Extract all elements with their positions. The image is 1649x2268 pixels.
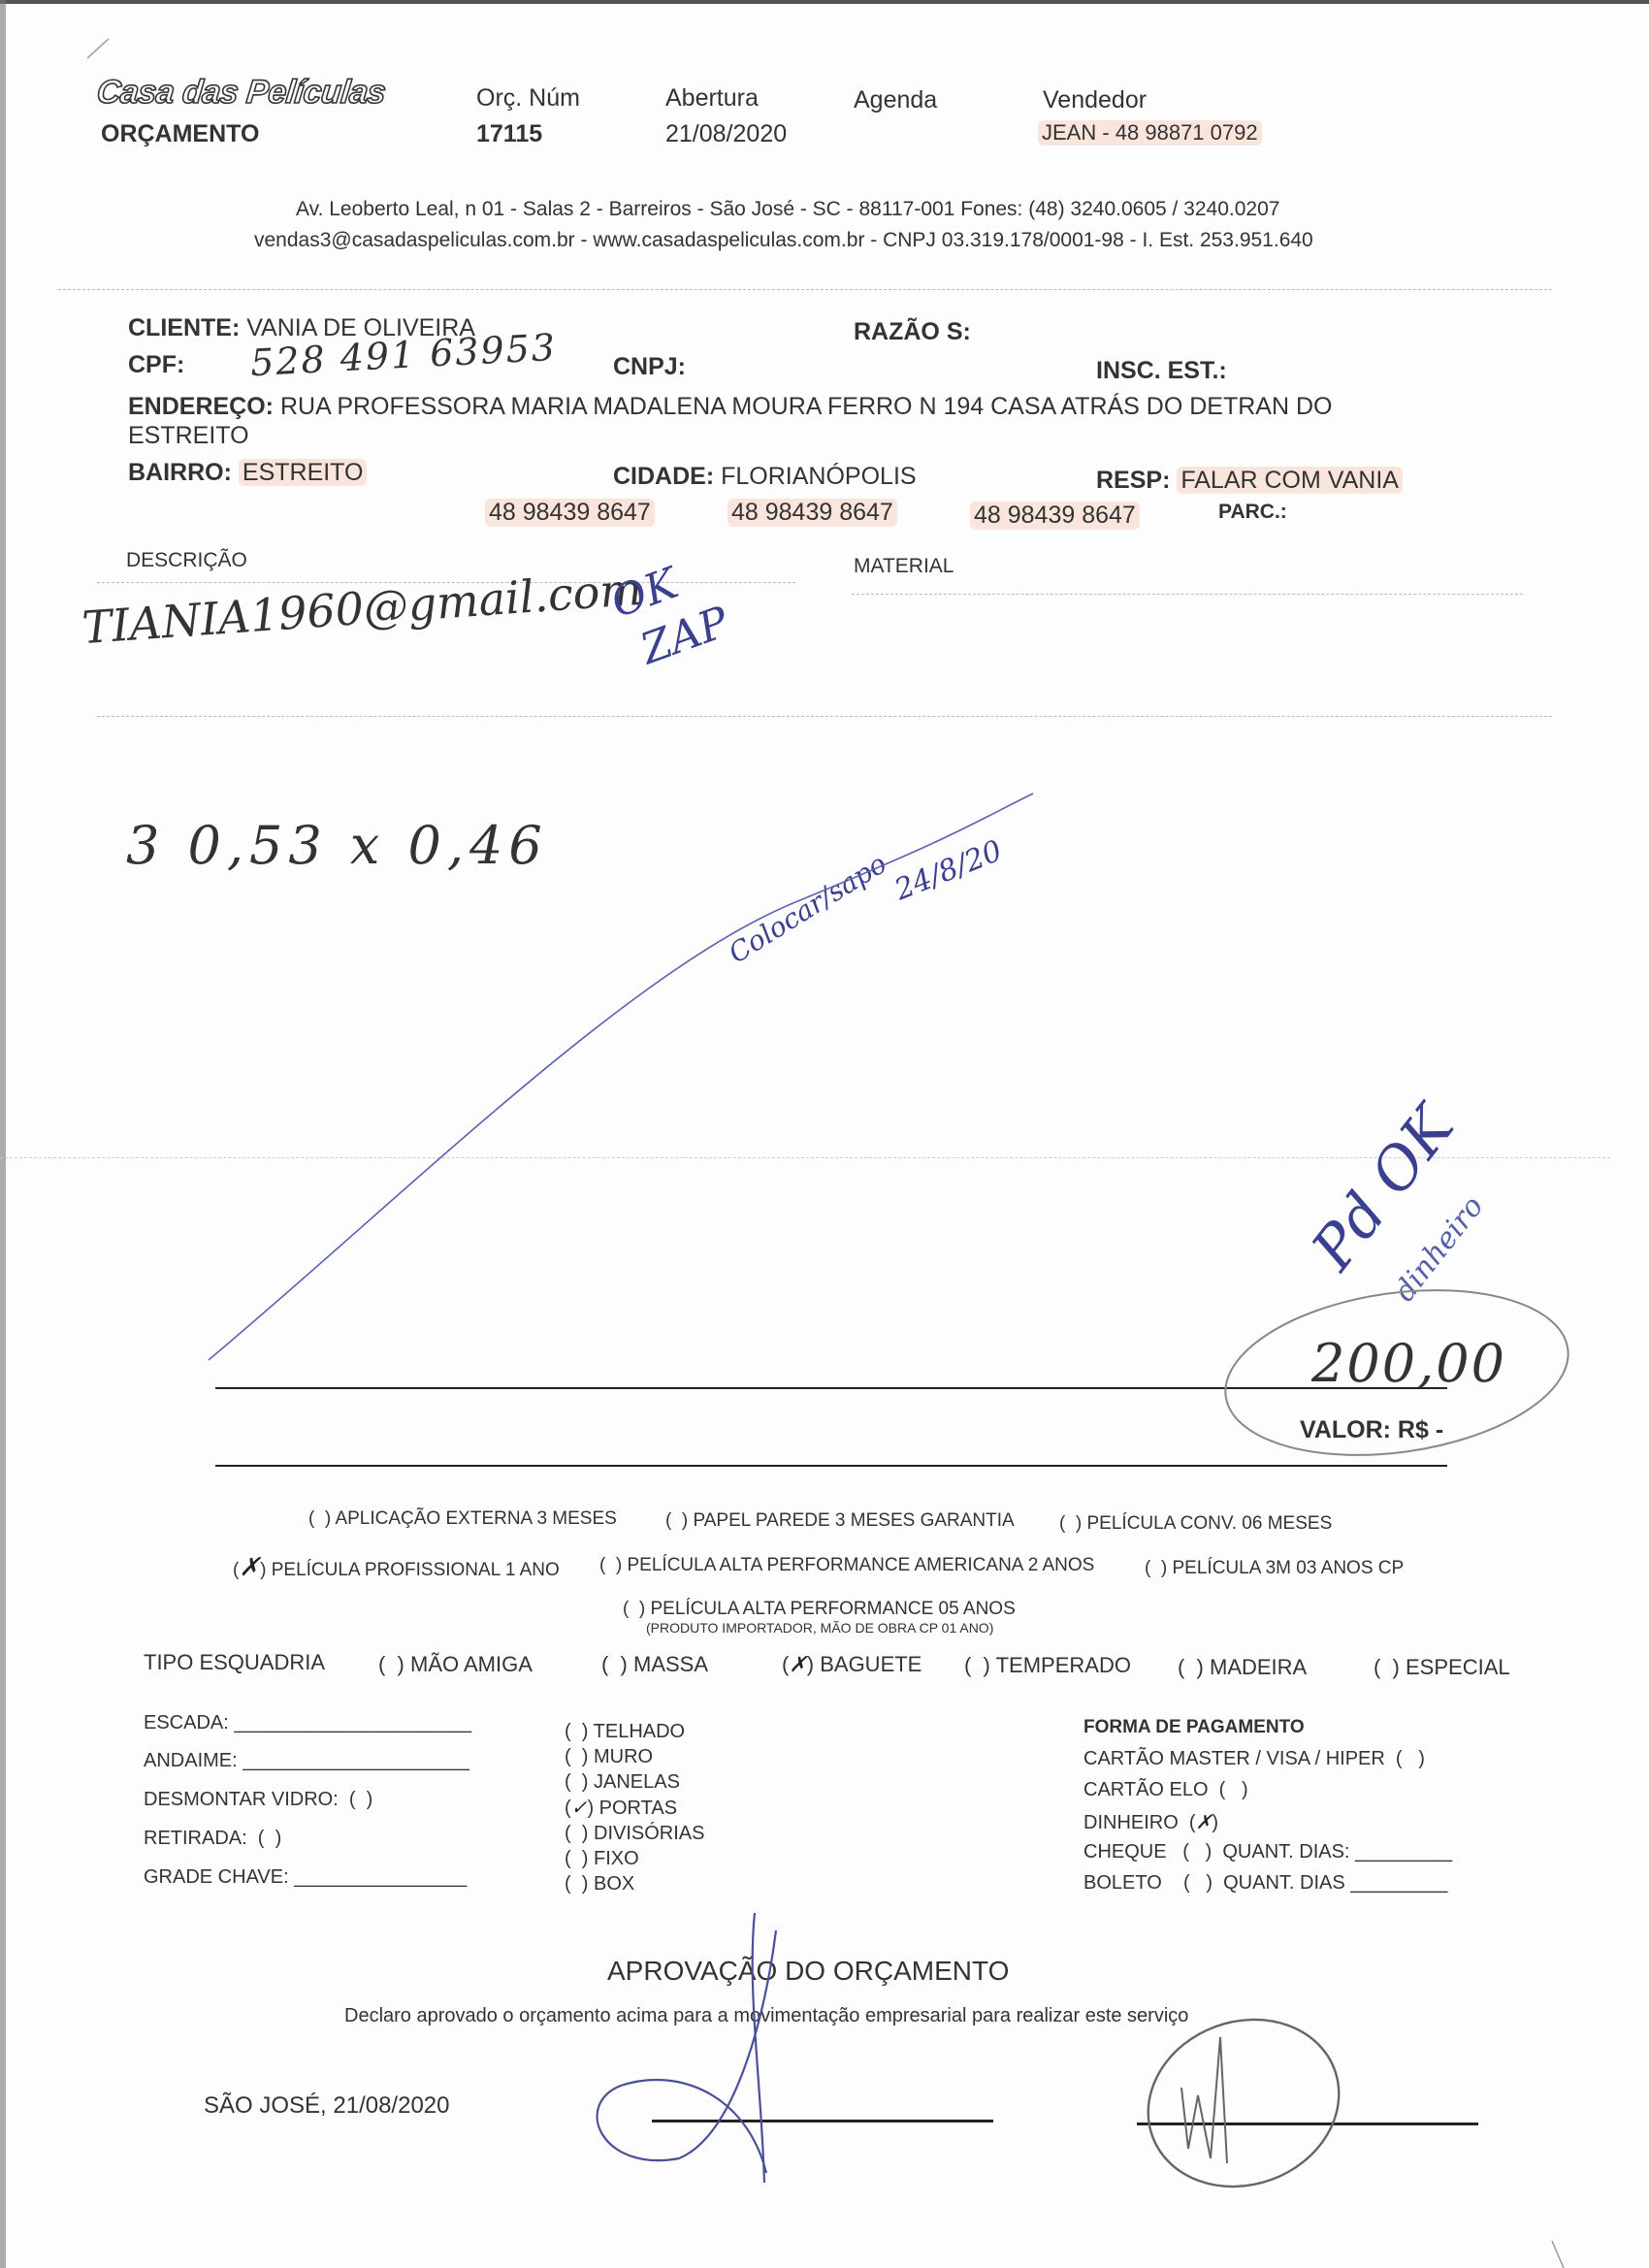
cpf-label: CPF: (128, 351, 184, 379)
payment-master[interactable]: CARTÃO MASTER / VISA / HIPER ( ) (1083, 1748, 1425, 1770)
payment-dinheiro-checked[interactable]: DINHEIRO (✗) (1083, 1810, 1218, 1834)
cidade-label: CIDADE: (613, 463, 714, 490)
handwritten-value: 200,00 (1311, 1333, 1506, 1394)
esquadria-option[interactable]: ( ) MADEIRA (1178, 1655, 1307, 1680)
product-option[interactable]: ( ) PAPEL PAREDE 3 MESES GARANTIA (665, 1510, 1015, 1532)
locations-list: ( ) TELHADO ( ) MURO ( ) JANELAS (✓) POR… (565, 1719, 704, 1896)
approval-title: APROVAÇÃO DO ORÇAMENTO (607, 1956, 1009, 1987)
andaime-field[interactable]: ANDAIME: _____________________ (144, 1750, 469, 1772)
vendedor-label: Vendedor (1043, 86, 1147, 114)
handwritten-email: TIANIA1960@gmail.com (81, 563, 644, 654)
retirada-field[interactable]: RETIRADA: ( ) (144, 1828, 281, 1850)
resp-label: RESP: (1096, 467, 1170, 494)
location-option[interactable]: ( ) FIXO (565, 1846, 704, 1871)
endereco-value: RUA PROFESSORA MARIA MADALENA MOURA FERR… (280, 393, 1333, 420)
product-option[interactable]: ( ) PELÍCULA CONV. 06 MESES (1059, 1513, 1332, 1535)
endereco-label: ENDEREÇO: (128, 393, 274, 420)
phone-3: 48 98439 8647 (970, 502, 1140, 530)
signature-line-client[interactable] (652, 2120, 993, 2122)
cliente-label: CLIENTE: (128, 314, 240, 341)
location-option[interactable]: ( ) MURO (565, 1744, 704, 1769)
products-note: (PRODUTO IMPORTADOR, MÃO DE OBRA CP 01 A… (646, 1620, 993, 1636)
location-option[interactable]: ( ) BOX (565, 1871, 704, 1896)
body-divider (97, 716, 1552, 717)
payment-elo[interactable]: CARTÃO ELO ( ) (1083, 1779, 1248, 1801)
esquadria-option[interactable]: ( ) ESPECIAL (1374, 1655, 1510, 1680)
agenda-label: Agenda (854, 86, 937, 114)
phone-2: 48 98439 8647 (727, 499, 897, 527)
endereco-row: ENDEREÇO: RUA PROFESSORA MARIA MADALENA … (128, 393, 1332, 421)
razao-label: RAZÃO S: (854, 318, 971, 346)
esquadria-label: TIPO ESQUADRIA (144, 1650, 325, 1675)
company-logo: Casa das Películas (95, 74, 387, 112)
location-option-checked[interactable]: (✓) PORTAS (565, 1795, 704, 1821)
scan-left-edge (0, 0, 6, 2268)
phone-1: 48 98439 8647 (485, 499, 655, 527)
payment-cheque[interactable]: CHEQUE ( ) QUANT. DIAS: _________ (1083, 1841, 1452, 1863)
parc-label: PARC.: (1218, 501, 1287, 524)
checkmark-icon: ✓ (571, 1796, 588, 1819)
esquadria-option[interactable]: ( ) TEMPERADO (964, 1653, 1131, 1678)
checkmark-icon: ✗ (1196, 1810, 1212, 1833)
checkmark-icon: ✗ (789, 1653, 806, 1677)
approval-text: Declaro aprovado o orçamento acima para … (344, 2005, 1188, 2027)
handwritten-measure: 3 0,53 x 0,46 (126, 815, 548, 876)
payment-title: FORMA DE PAGAMENTO (1083, 1717, 1305, 1738)
scan-top-edge (0, 0, 1649, 4)
abertura-label: Abertura (665, 84, 759, 113)
esquadria-option[interactable]: ( ) MASSA (601, 1652, 708, 1677)
descricao-label: DESCRIÇÃO (126, 549, 247, 572)
signature-line-company[interactable] (1137, 2122, 1478, 2125)
header-divider (58, 289, 1552, 290)
product-option[interactable]: ( ) APLICAÇÃO EXTERNA 3 MESES (308, 1508, 617, 1530)
product-option[interactable]: ( ) PELÍCULA ALTA PERFORMANCE AMERICANA … (599, 1555, 1094, 1576)
abertura-value: 21/08/2020 (665, 120, 787, 148)
resp-value: FALAR COM VANIA (1177, 467, 1403, 494)
document-type: ORÇAMENTO (101, 120, 259, 148)
valor-line-bottom (215, 1465, 1447, 1467)
escada-field[interactable]: ESCADA: ______________________ (144, 1712, 471, 1734)
bairro-label: BAIRRO: (128, 459, 232, 486)
company-contact: vendas3@casadaspeliculas.com.br - www.ca… (254, 229, 1313, 252)
valor-line-top (215, 1387, 1447, 1389)
location-option[interactable]: ( ) JANELAS (565, 1769, 704, 1795)
cidade-value: FLORIANÓPOLIS (721, 463, 916, 490)
location-option[interactable]: ( ) TELHADO (565, 1719, 704, 1744)
material-line (852, 594, 1523, 595)
checkmark-icon: ✗ (239, 1553, 260, 1582)
bairro-row: BAIRRO: ESTREITO (128, 459, 367, 487)
valor-label: VALOR: R$ - (1300, 1416, 1443, 1444)
place-date: SÃO JOSÉ, 21/08/2020 (204, 2092, 450, 2120)
bairro-value: ESTREITO (239, 459, 368, 486)
esquadria-option-checked[interactable]: (✗) BAGUETE (782, 1652, 921, 1677)
company-address: Av. Leoberto Leal, n 01 - Salas 2 - Barr… (296, 198, 1279, 221)
desmontar-vidro-field[interactable]: DESMONTAR VIDRO: ( ) (144, 1789, 372, 1811)
cnpj-label: CNPJ: (613, 353, 686, 381)
orc-num-label: Orç. Núm (476, 84, 580, 113)
insc-est-label: INSC. EST.: (1096, 357, 1227, 385)
orc-num-value: 17115 (476, 120, 542, 148)
material-label: MATERIAL (854, 555, 954, 578)
esquadria-option[interactable]: ( ) MÃO AMIGA (378, 1652, 533, 1677)
product-option-checked[interactable]: (✗) PELÍCULA PROFISSIONAL 1 ANO (233, 1553, 560, 1582)
vendedor-value: JEAN - 48 98871 0792 (1038, 120, 1262, 146)
product-option[interactable]: ( ) PELÍCULA ALTA PERFORMANCE 05 ANOS (623, 1599, 1016, 1620)
grade-chave-field[interactable]: GRADE CHAVE: ________________ (144, 1866, 467, 1889)
location-option[interactable]: ( ) DIVISÓRIAS (565, 1821, 704, 1846)
endereco-value-cont: ESTREITO (128, 422, 249, 450)
handwritten-date: 24/8/20 (890, 834, 1007, 908)
product-option[interactable]: ( ) PELÍCULA 3M 03 ANOS CP (1145, 1558, 1404, 1579)
resp-row: RESP: FALAR COM VANIA (1096, 467, 1403, 495)
cidade-row: CIDADE: FLORIANÓPOLIS (613, 463, 917, 491)
payment-boleto[interactable]: BOLETO ( ) QUANT. DIAS _________ (1083, 1872, 1447, 1895)
handwritten-note: Colocar/sapo (723, 847, 891, 969)
